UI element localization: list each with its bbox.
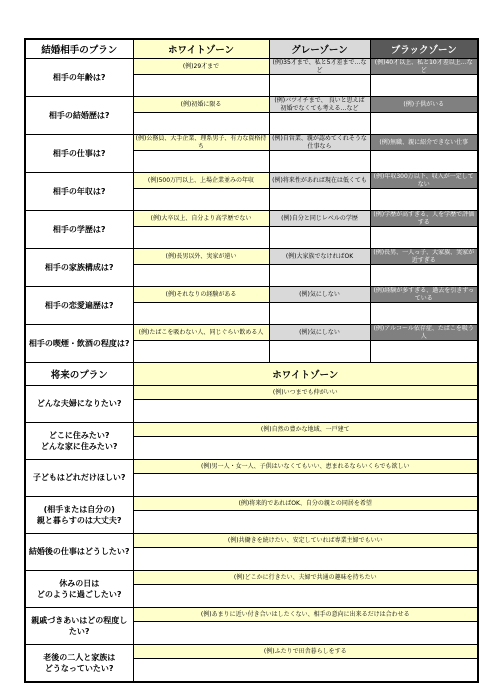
black-answer-cell — [370, 189, 478, 211]
table-row: (相手または自分の) 親と暮らすのは大丈夫? (例)将来的であればOK、自分の親… — [25, 497, 478, 511]
gray-example-cell: (例)気にしない — [269, 325, 370, 341]
white-example-cell: (例)500万円以上、上場企業並みの年収 — [133, 173, 269, 189]
black-example-cell: (例)学歴が高すぎる、人を学歴で評価する — [370, 211, 478, 227]
white-example-cell: (例)たばこを吸わない人、同じぐらい飲める人 — [133, 325, 269, 341]
question-cell: 親戚づきあいはどの程度したい? — [25, 608, 133, 645]
white-zone-header: ホワイトゾーン — [133, 39, 269, 59]
white-answer-cell — [133, 189, 269, 211]
marriage-plan-table: 結婚相手のプラン ホワイトゾーン グレーゾーン ブラックゾーン 相手の年齢は? … — [24, 38, 479, 683]
gray-example-cell: (例)自分と同じレベルの学歴 — [269, 211, 370, 227]
gray-example-cell: (例)将来性があれば現在は低くても — [269, 173, 370, 189]
white-answer-cell — [133, 113, 269, 135]
question-cell: 相手の家族構成は? — [25, 249, 133, 287]
table-row: 親戚づきあいはどの程度したい? (例)あまりに近い付き合いはしたくない、相手の意… — [25, 608, 478, 622]
section2-header-row: 将来のプラン ホワイトゾーン — [25, 363, 478, 386]
white-example-cell: (例)大卒以上、自分より高学歴でない — [133, 211, 269, 227]
white-example-cell: (例)長男以外、実家が遠い — [133, 249, 269, 265]
white-answer-cell — [133, 151, 269, 173]
white-example-cell: (例)それなりの経験がある — [133, 287, 269, 303]
white-example-cell: (例)自然の豊かな地域、一戸建て — [133, 423, 478, 437]
question-cell: 相手の結婚歴は? — [25, 97, 133, 135]
white-answer-cell — [133, 341, 269, 363]
gray-answer-cell — [269, 227, 370, 249]
white-example-cell: (例)どこかに行きたい、夫婦で共通の趣味を持ちたい — [133, 571, 478, 585]
white-answer-cell — [133, 659, 478, 683]
white-answer-cell — [133, 400, 478, 423]
section1-header-row: 結婚相手のプラン ホワイトゾーン グレーゾーン ブラックゾーン — [25, 39, 478, 59]
question-cell: 相手の恋愛遍歴は? — [25, 287, 133, 325]
white-example-cell: (例)共働きを続けたい、安定していれば専業主婦でもいい — [133, 534, 478, 548]
table-row: 相手の喫煙・飲酒の程度は? (例)たばこを吸わない人、同じぐらい飲める人 (例)… — [25, 325, 478, 341]
black-answer-cell — [370, 303, 478, 325]
white-answer-cell — [133, 75, 269, 97]
section1-partner-plan: 結婚相手のプラン ホワイトゾーン グレーゾーン ブラックゾーン 相手の年齢は? … — [25, 39, 478, 363]
worksheet-page: 結婚相手のプラン ホワイトゾーン グレーゾーン ブラックゾーン 相手の年齢は? … — [0, 0, 495, 700]
black-example-cell: (例)長男、一人っ子、大家族、実家が近すぎる — [370, 249, 478, 265]
white-answer-cell — [133, 227, 269, 249]
question-cell: 相手の年齢は? — [25, 59, 133, 97]
gray-example-cell: (例)35才まで、私と5才差まで…など — [269, 59, 370, 75]
white-example-cell: (例)将来的であればOK、自分の親との同居を希望 — [133, 497, 478, 511]
white-answer-cell — [133, 303, 269, 325]
white-example-cell: (例)29才まで — [133, 59, 269, 75]
white-example-cell: (例)ふたりで田舎暮らしをする — [133, 645, 478, 659]
white-answer-cell — [133, 585, 478, 608]
section1-title: 結婚相手のプラン — [25, 39, 133, 59]
gray-answer-cell — [269, 151, 370, 173]
black-answer-cell — [370, 265, 478, 287]
question-cell: (相手または自分の) 親と暮らすのは大丈夫? — [25, 497, 133, 534]
question-cell: 老後の二人と家族は どうなっていたい? — [25, 645, 133, 683]
gray-example-cell: (例)バツイチまで、 良いと思えば初婚でなくても考える…など — [269, 97, 370, 113]
gray-answer-cell — [269, 189, 370, 211]
black-example-cell: (例)無職、親に紹介できない仕事 — [370, 135, 478, 151]
table-row: 結婚後の仕事はどうしたい? (例)共働きを続けたい、安定していれば専業主婦でもい… — [25, 534, 478, 548]
black-example-cell: (例)年収300万以下、収入が一定してない — [370, 173, 478, 189]
table-row: 相手の学歴は? (例)大卒以上、自分より高学歴でない (例)自分と同じレベルの学… — [25, 211, 478, 227]
white-answer-cell — [133, 622, 478, 645]
question-cell: 相手の学歴は? — [25, 211, 133, 249]
white-answer-cell — [133, 511, 478, 534]
table-row: 相手の年収は? (例)500万円以上、上場企業並みの年収 (例)将来性があれば現… — [25, 173, 478, 189]
question-cell: 相手の喫煙・飲酒の程度は? — [25, 325, 133, 363]
gray-answer-cell — [269, 341, 370, 363]
white-example-cell: (例)初婚に限る — [133, 97, 269, 113]
question-cell: 相手の仕事は? — [25, 135, 133, 173]
table-row: 老後の二人と家族は どうなっていたい? (例)ふたりで田舎暮らしをする — [25, 645, 478, 659]
table-row: 相手の恋愛遍歴は? (例)それなりの経験がある (例)気にしない (例)経験が多… — [25, 287, 478, 303]
black-example-cell: (例)子供がいる — [370, 97, 478, 113]
question-cell: どこに住みたい? どんな家に住みたい? — [25, 423, 133, 460]
white-example-cell: (例)あまりに近い付き合いはしたくない、相手の意向に出来るだけは合わせる — [133, 608, 478, 622]
question-cell: どんな夫婦になりたい? — [25, 386, 133, 423]
table-row: 休みの日は どのように過ごしたい? (例)どこかに行きたい、夫婦で共通の趣味を持… — [25, 571, 478, 585]
question-cell: 相手の年収は? — [25, 173, 133, 211]
question-cell: 子どもはどれだけほしい? — [25, 460, 133, 497]
table-row: 相手の仕事は? (例)公務員、大手企業、理系男子、有力な資格持ち (例)自営業、… — [25, 135, 478, 151]
table-row: どんな夫婦になりたい? (例)いつまでも仲がいい — [25, 386, 478, 400]
gray-answer-cell — [269, 113, 370, 135]
white-example-cell: (例)男一人・女一人、子供はいなくてもいい、恵まれるならいくらでも欲しい — [133, 460, 478, 474]
gray-example-cell: (例)大家族でなければOK — [269, 249, 370, 265]
black-example-cell: (例)アルコール依存症、たばこを吸う人 — [370, 325, 478, 341]
table-row: 相手の家族構成は? (例)長男以外、実家が遠い (例)大家族でなければOK (例… — [25, 249, 478, 265]
black-zone-header: ブラックゾーン — [370, 39, 478, 59]
table-row: 相手の年齢は? (例)29才まで (例)35才まで、私と5才差まで…など (例)… — [25, 59, 478, 75]
gray-answer-cell — [269, 75, 370, 97]
black-answer-cell — [370, 341, 478, 363]
section2-future-plan: 将来のプラン ホワイトゾーン どんな夫婦になりたい? (例)いつまでも仲がいい … — [25, 363, 478, 683]
gray-answer-cell — [269, 303, 370, 325]
white-zone-header-2: ホワイトゾーン — [133, 363, 478, 386]
black-answer-cell — [370, 113, 478, 135]
black-answer-cell — [370, 227, 478, 249]
gray-zone-header: グレーゾーン — [269, 39, 370, 59]
white-example-cell: (例)公務員、大手企業、理系男子、有力な資格持ち — [133, 135, 269, 151]
gray-example-cell: (例)自営業、親が認めてくれそうな仕事なら — [269, 135, 370, 151]
white-example-cell: (例)いつまでも仲がいい — [133, 386, 478, 400]
gray-answer-cell — [269, 265, 370, 287]
white-answer-cell — [133, 548, 478, 571]
white-answer-cell — [133, 437, 478, 460]
question-cell: 休みの日は どのように過ごしたい? — [25, 571, 133, 608]
black-answer-cell — [370, 75, 478, 97]
table-row: 相手の結婚歴は? (例)初婚に限る (例)バツイチまで、 良いと思えば初婚でなく… — [25, 97, 478, 113]
black-example-cell: (例)経験が多すぎる、過去を引きずっている — [370, 287, 478, 303]
white-answer-cell — [133, 474, 478, 497]
black-example-cell: (例)40才以上、私と10才差以上…など — [370, 59, 478, 75]
gray-example-cell: (例)気にしない — [269, 287, 370, 303]
black-answer-cell — [370, 151, 478, 173]
white-answer-cell — [133, 265, 269, 287]
section2-title: 将来のプラン — [25, 363, 133, 386]
table-row: どこに住みたい? どんな家に住みたい? (例)自然の豊かな地域、一戸建て — [25, 423, 478, 437]
table-row: 子どもはどれだけほしい? (例)男一人・女一人、子供はいなくてもいい、恵まれるな… — [25, 460, 478, 474]
question-cell: 結婚後の仕事はどうしたい? — [25, 534, 133, 571]
